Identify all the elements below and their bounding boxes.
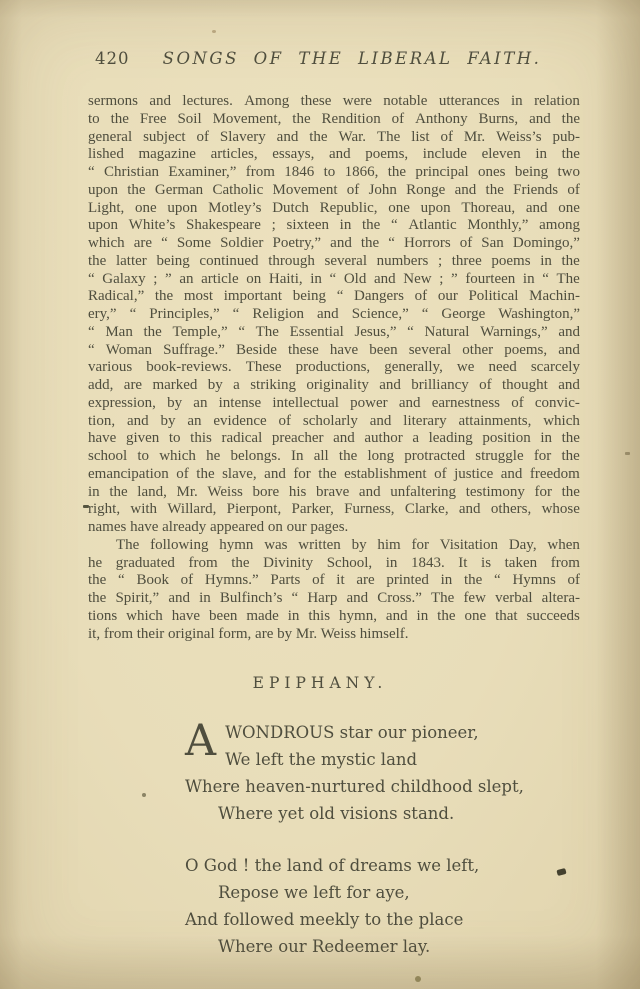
text-line: intheland,Mr.Weissborehisbraveandunfalte… bbox=[88, 484, 580, 502]
text-line: tionswhichhavebeenmadeinthishymn,andinth… bbox=[88, 608, 580, 626]
poem-line: We left the mystic land bbox=[185, 746, 545, 773]
poem: AWONDROUS star our pioneer,We left the m… bbox=[185, 719, 545, 960]
drop-cap: A bbox=[185, 720, 216, 770]
text-line: expression,byanintenseintellectualpowera… bbox=[88, 395, 580, 413]
text-line: “MantheTemple,”“TheEssentialJesus,”“Natu… bbox=[88, 324, 580, 342]
paragraph: sermonsandlectures.Amongthesewerenotable… bbox=[88, 93, 580, 537]
paper-speck bbox=[415, 976, 421, 982]
text-line: theSpirit,”andinBulfinch’s“HarpandCross.… bbox=[88, 590, 580, 608]
text-line: schooltowhichhebelongs.Inallthelongprotr… bbox=[88, 448, 580, 466]
text-line: variousbook-reviews.Theseproductions,gen… bbox=[88, 359, 580, 377]
text-line: the“BookofHymns.”Partsofitareprintedinth… bbox=[88, 572, 580, 590]
text-line: names have already appeared on our pages… bbox=[88, 519, 580, 537]
paper-speck bbox=[142, 793, 146, 797]
text-line: whichare“SomeSoldierPoetry,”andthe“Horro… bbox=[88, 235, 580, 253]
poem-line: Where our Redeemer lay. bbox=[185, 933, 545, 960]
page-header: 420 SONGS OF THE LIBERAL FAITH. bbox=[88, 49, 580, 71]
running-title: SONGS OF THE LIBERAL FAITH. bbox=[106, 49, 598, 68]
text-line: “WomanSuffrage.”Besidethesehavebeensever… bbox=[88, 342, 580, 360]
text-line: emancipationoftheslave,andfortheestablis… bbox=[88, 466, 580, 484]
book-page: 420 SONGS OF THE LIBERAL FAITH. sermonsa… bbox=[0, 0, 640, 989]
text-line: “Galaxy;”anarticleonHaiti,in“OldandNew;”… bbox=[88, 271, 580, 289]
text-line: Radical,”themostimportantbeing“Dangersof… bbox=[88, 288, 580, 306]
poem-line: Where heaven-nurtured childhood slept, bbox=[185, 773, 545, 800]
text-line: uponWhite’sShakespeare;sixteeninthe“Atla… bbox=[88, 217, 580, 235]
poem-line: And followed meekly to the place bbox=[185, 906, 545, 933]
text-line: havegiventothisradicalpreacherandauthora… bbox=[88, 430, 580, 448]
poem-line: O God ! the land of dreams we left, bbox=[185, 852, 545, 879]
section-heading: EPIPHANY. bbox=[0, 674, 640, 692]
poem-line: AWONDROUS star our pioneer, bbox=[185, 719, 545, 746]
text-line: tion,andbyanevidenceofscholarlyandlitera… bbox=[88, 413, 580, 431]
paper-speck bbox=[212, 30, 216, 33]
text-line: add,aremarkedbyastrikingoriginalityandbr… bbox=[88, 377, 580, 395]
stanza: AWONDROUS star our pioneer,We left the m… bbox=[185, 719, 545, 827]
paper-speck bbox=[556, 868, 566, 876]
text-line: “ChristianExaminer,”from1846to1866,thepr… bbox=[88, 164, 580, 182]
text-line: it, from their original form, are by Mr.… bbox=[88, 626, 580, 644]
text-line: lishedmagazinearticles,essays,andpoems,i… bbox=[88, 146, 580, 164]
text-line: ery,”“Principles,”“ReligionandScience,”“… bbox=[88, 306, 580, 324]
text-line: right,withWillard,Pierpont,Parker,Furnes… bbox=[88, 501, 580, 519]
text-line: sermonsandlectures.Amongthesewerenotable… bbox=[88, 93, 580, 111]
poem-line: Repose we left for aye, bbox=[185, 879, 545, 906]
text-line: Light,oneuponMotley’sDutchRepublic,oneup… bbox=[88, 200, 580, 218]
text-line: generalsubjectofSlaveryandtheWar.Thelist… bbox=[88, 129, 580, 147]
stanza: O God ! the land of dreams we left,Repos… bbox=[185, 852, 545, 960]
text-line: totheFreeSoilMovement,theRenditionofAnth… bbox=[88, 111, 580, 129]
text-line: thelatterbeingcontinuedthroughseveralnum… bbox=[88, 253, 580, 271]
text-line: upontheGermanCatholicMovementofJohnRonge… bbox=[88, 182, 580, 200]
paper-speck bbox=[625, 452, 630, 455]
text-line: ThefollowinghymnwaswrittenbyhimforVisita… bbox=[88, 537, 580, 555]
poem-line: Where yet old visions stand. bbox=[185, 800, 545, 827]
paragraph: ThefollowinghymnwaswrittenbyhimforVisita… bbox=[88, 537, 580, 644]
text-line: hegraduatedfromtheDivinitySchool,in1843.… bbox=[88, 555, 580, 573]
body-text: sermonsandlectures.Amongthesewerenotable… bbox=[88, 93, 580, 643]
